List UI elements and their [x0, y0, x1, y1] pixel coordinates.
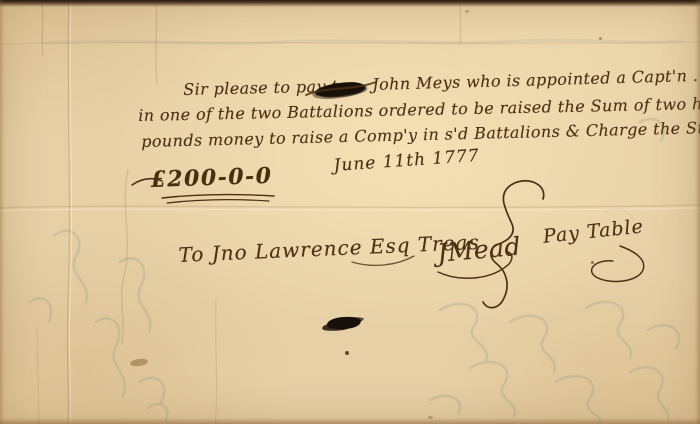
foxing-speck	[130, 358, 149, 367]
payee-address-line: To Jno Lawrence Esq Treas	[178, 230, 480, 267]
pay-table-endorsement: Pay Table	[542, 215, 645, 247]
fold-creases	[0, 0, 700, 424]
body-line1-suffix: John Meys who is appointed a Capt'n .	[372, 66, 699, 94]
foxing-speck	[599, 37, 602, 40]
date-line: June 11th 1777	[333, 146, 480, 176]
scan-edge-bottom	[0, 418, 700, 424]
bleedthrough-writing-marks	[0, 0, 700, 424]
signature: JMead	[436, 232, 522, 268]
scan-edge-top	[0, 0, 700, 7]
paper-vignette	[0, 0, 700, 424]
scan-edge-right	[695, 0, 700, 424]
foxing-speck	[465, 10, 469, 13]
pen-flourishes	[0, 0, 700, 424]
scan-edge-left	[0, 0, 4, 424]
ink-blot-lower	[327, 316, 362, 331]
amount-underline-1	[162, 195, 274, 198]
foxing-speck	[345, 351, 349, 355]
endorsement-flourish-loop	[592, 246, 644, 281]
amount-underline-2	[167, 200, 269, 203]
document-scan: Sir please to pay to John Meys who is ap…	[0, 0, 700, 424]
foxing-speck	[591, 261, 594, 264]
amount-figure: £200-0-0	[150, 163, 273, 193]
